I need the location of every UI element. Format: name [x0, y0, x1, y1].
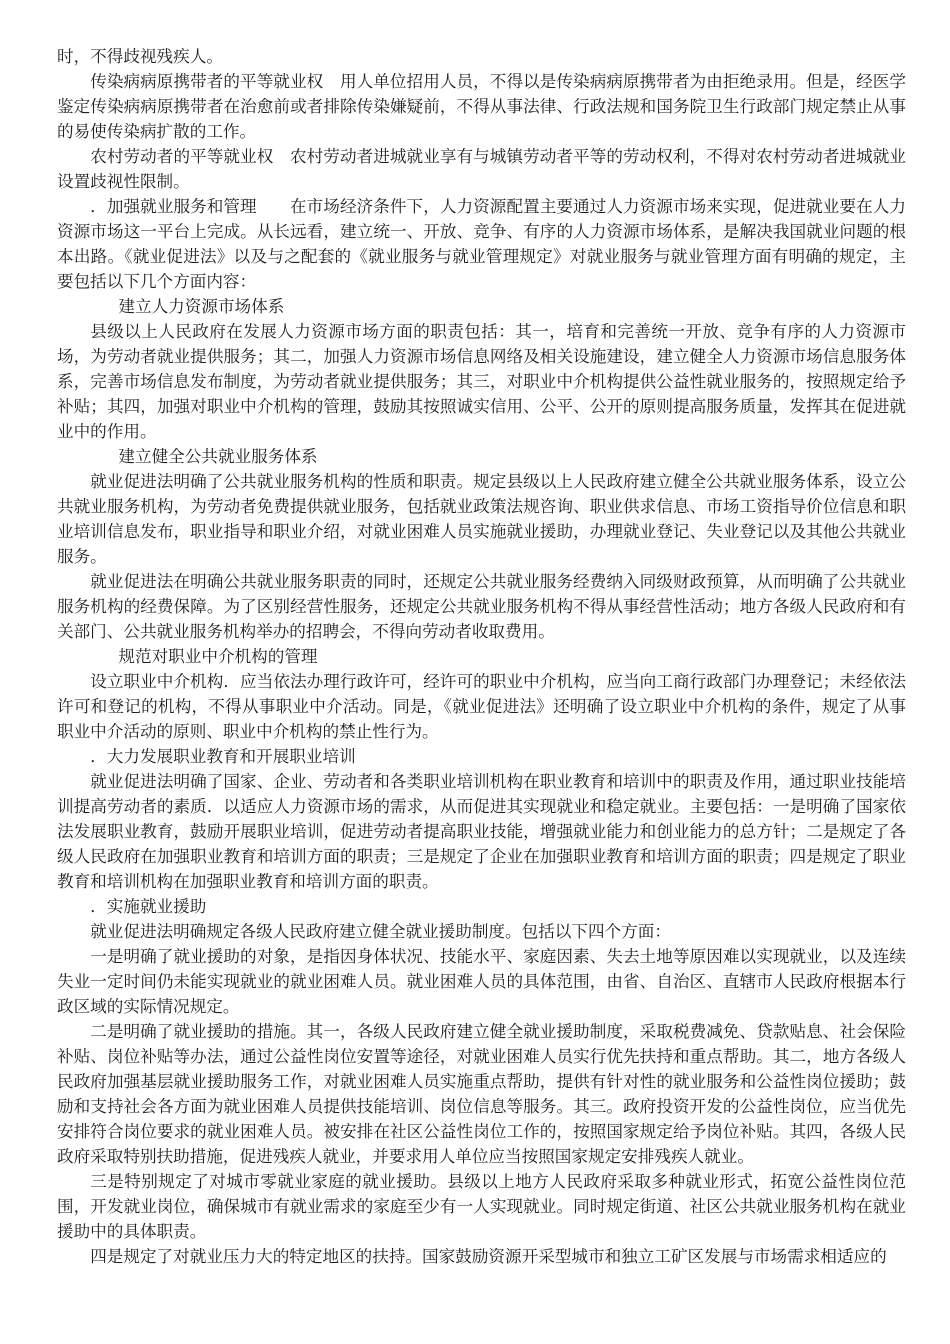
section-heading: 建立人力资源市场体系	[57, 294, 906, 319]
paragraph: 设立职业中介机构．应当依法办理行政许可，经许可的职业中介机构，应当向工商行政部门…	[57, 669, 906, 744]
section-heading: 建立健全公共就业服务体系	[57, 444, 906, 469]
paragraph: 四是规定了对就业压力大的特定地区的扶持。国家鼓励资源开采型城市和独立工矿区发展与…	[57, 1244, 906, 1269]
paragraph: 就业促进法明确规定各级人民政府建立健全就业援助制度。包括以下四个方面：	[57, 919, 906, 944]
paragraph: 就业促进法在明确公共就业服务职责的同时，还规定公共就业服务经费纳入同级财政预算，…	[57, 569, 906, 644]
paragraph: 二是明确了就业援助的措施。其一，各级人民政府建立健全就业援助制度，采取税费减免、…	[57, 1019, 906, 1169]
paragraph: 时，不得歧视残疾人。	[57, 44, 906, 69]
paragraph: 农村劳动者的平等就业权 农村劳动者进城就业享有与城镇劳动者平等的劳动权利，不得对…	[57, 144, 906, 194]
document-page: 时，不得歧视残疾人。传染病病原携带者的平等就业权 用人单位招用人员，不得以是传染…	[0, 0, 950, 1344]
paragraph: 三是特别规定了对城市零就业家庭的就业援助。县级以上地方人民政府采取多种就业形式，…	[57, 1169, 906, 1244]
paragraph: ．大力发展职业教育和开展职业培训	[57, 744, 906, 769]
paragraph: 一是明确了就业援助的对象，是指因身体状况、技能水平、家庭因素、失去土地等原因难以…	[57, 944, 906, 1019]
paragraph: 传染病病原携带者的平等就业权 用人单位招用人员，不得以是传染病病原携带者为由拒绝…	[57, 69, 906, 144]
paragraph: 就业促进法明确了国家、企业、劳动者和各类职业培训机构在职业教育和培训中的职责及作…	[57, 769, 906, 894]
paragraph: 就业促进法明确了公共就业服务机构的性质和职责。规定县级以上人民政府建立健全公共就…	[57, 469, 906, 569]
paragraph: ．加强就业服务和管理 在市场经济条件下，人力资源配置主要通过人力资源市场来实现，…	[57, 194, 906, 294]
paragraph: ．实施就业援助	[57, 894, 906, 919]
document-body: 时，不得歧视残疾人。传染病病原携带者的平等就业权 用人单位招用人员，不得以是传染…	[57, 44, 906, 1269]
paragraph: 县级以上人民政府在发展人力资源市场方面的职责包括：其一，培育和完善统一开放、竞争…	[57, 319, 906, 444]
section-heading: 规范对职业中介机构的管理	[57, 644, 906, 669]
